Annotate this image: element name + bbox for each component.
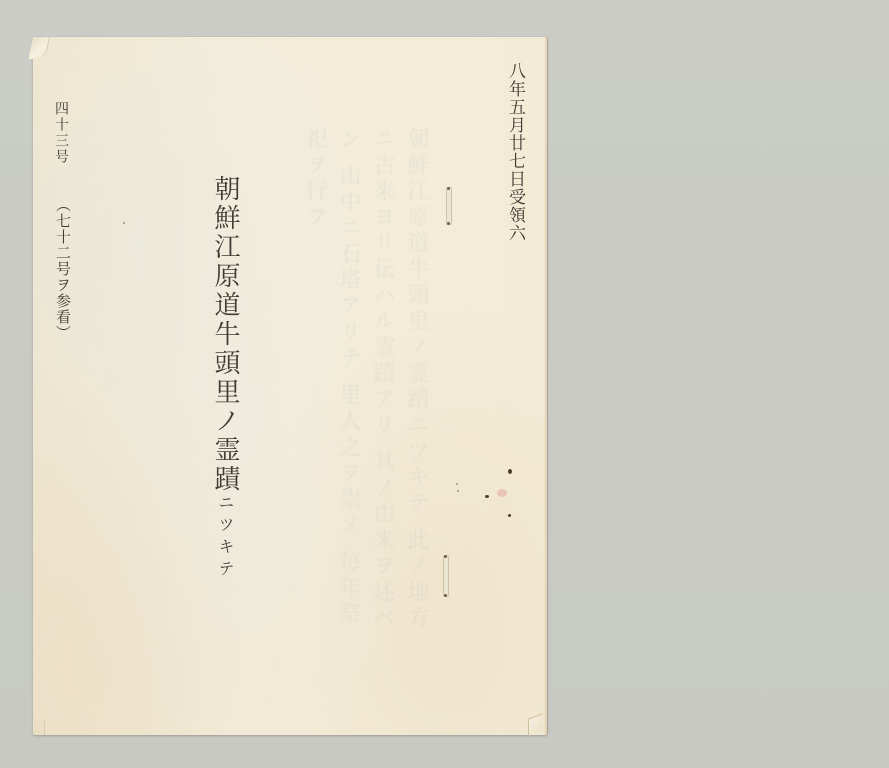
received-date-annotation: 八年五月廿七日受領六 [504, 62, 526, 242]
ink-speck [123, 222, 125, 224]
paper-stain [497, 489, 507, 497]
worn-corner-bottom-left [34, 721, 45, 735]
title-suffix: ニツキテ [216, 494, 235, 582]
folded-corner-bottom-right [528, 713, 543, 735]
document-title: 朝鮮江原道牛頭里ノ霊蹟ニツキテ [210, 175, 240, 582]
folded-corner-top-left [28, 37, 50, 59]
staple-hole-bottom [443, 555, 449, 597]
ink-speck [508, 469, 512, 474]
title-main: 朝鮮江原道牛頭里ノ霊蹟 [210, 175, 240, 494]
received-date-text: 八年五月廿七日受領 [505, 62, 525, 224]
received-date-mark: 六 [505, 224, 525, 242]
ink-speck [457, 490, 459, 492]
ink-speck [456, 483, 458, 485]
file-number-annotation: 四十三号 [51, 101, 71, 165]
cross-reference-annotation: （七十二号ヲ参看） [53, 197, 73, 341]
reverse-side-show-through: 朝鮮江原道牛頭里ノ霊蹟ニツキテ 此ノ地方ニ古来ヨリ伝ハル霊蹟アリ 其ノ由来ヲ述ベ… [103, 127, 433, 647]
paper-edge-shadow [544, 37, 547, 735]
ink-speck [508, 514, 511, 517]
document-sheet: 朝鮮江原道牛頭里ノ霊蹟ニツキテ 此ノ地方ニ古来ヨリ伝ハル霊蹟アリ 其ノ由来ヲ述ベ… [33, 37, 547, 735]
ink-speck [485, 495, 489, 498]
staple-hole-top [446, 187, 452, 225]
